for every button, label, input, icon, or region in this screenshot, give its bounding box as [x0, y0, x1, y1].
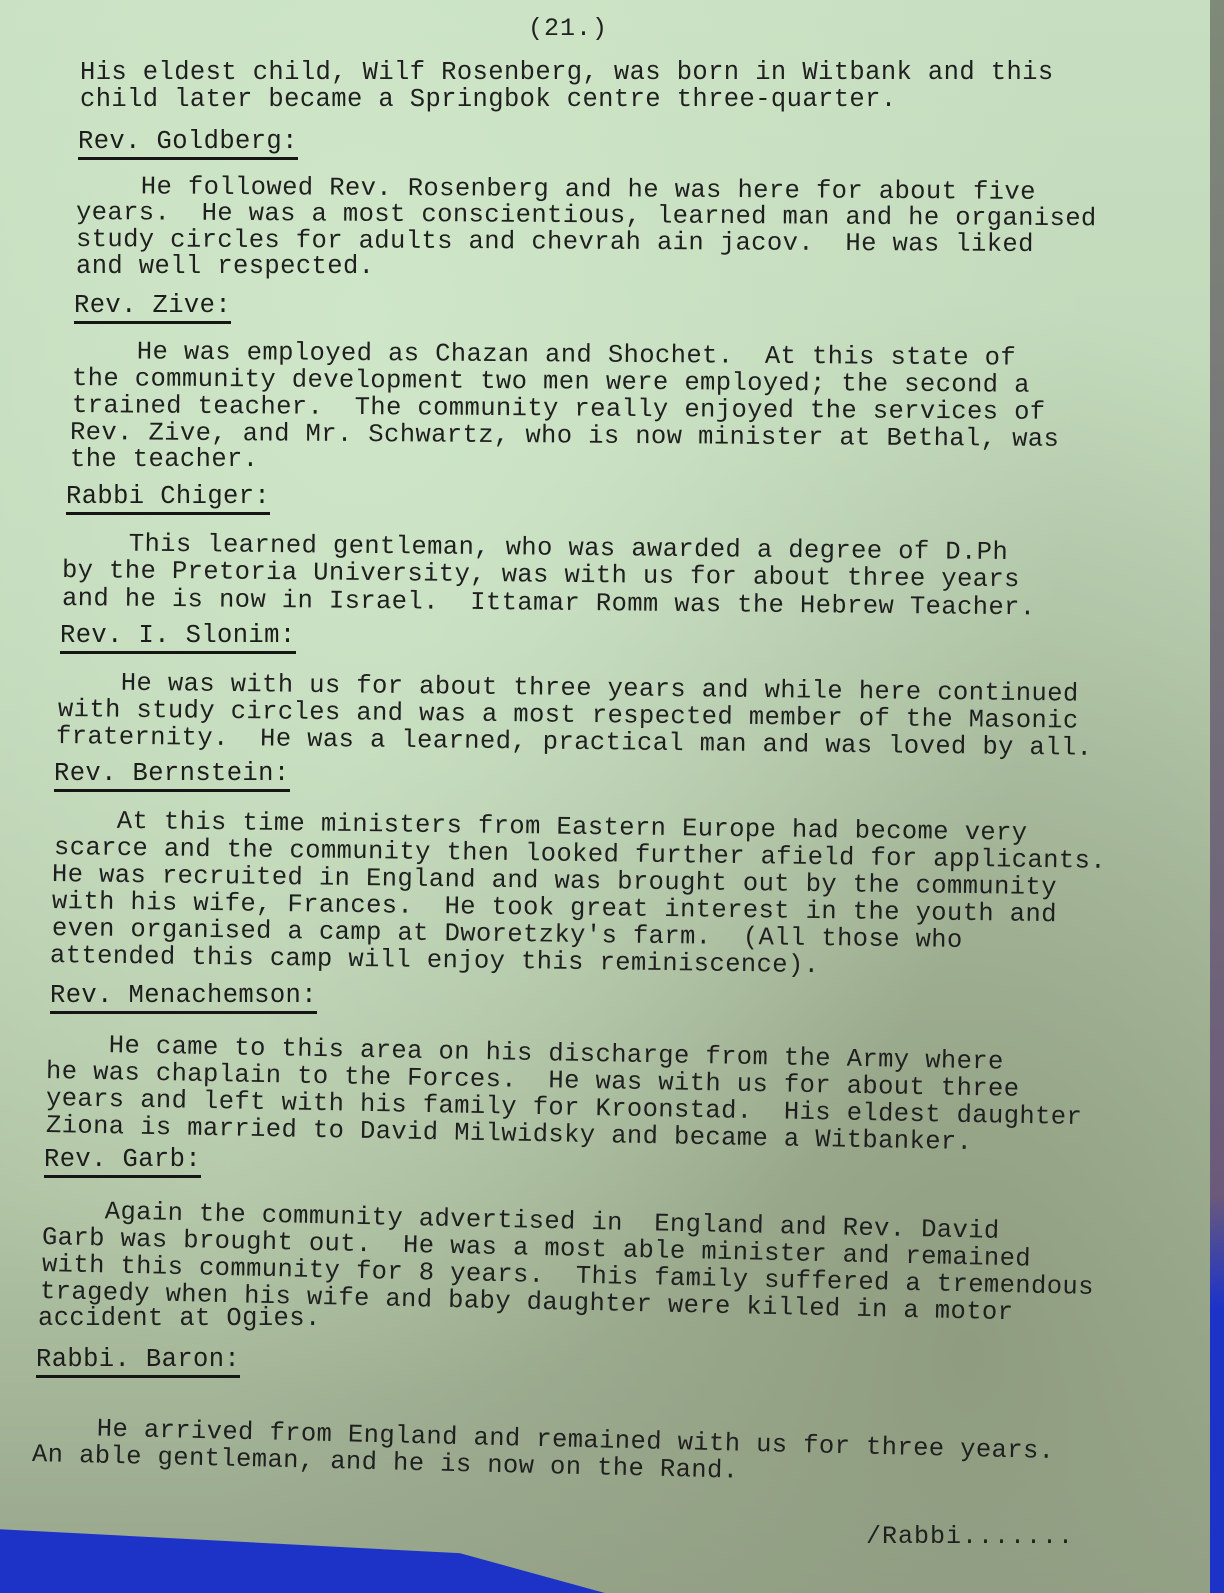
section-line: accident at Ogies.	[38, 1304, 321, 1333]
section-heading-goldberg: Rev. Goldberg:	[78, 128, 298, 160]
intro-line: His eldest child, Wilf Rosenberg, was bo…	[80, 58, 1125, 87]
section-heading-bernstein: Rev. Bernstein:	[54, 760, 290, 792]
section-heading-garb: Rev. Garb:	[44, 1146, 201, 1178]
section-heading-baron: Rabbi. Baron:	[36, 1346, 240, 1378]
intro-line: child later became a Springbok centre th…	[80, 85, 897, 114]
section-heading-slonim: Rev. I. Slonim:	[60, 622, 296, 654]
section-line: the teacher.	[70, 445, 258, 474]
section-heading-zive: Rev. Zive:	[74, 292, 231, 324]
page-number: (21.)	[528, 14, 608, 43]
section-heading-menachemson: Rev. Menachemson:	[50, 982, 317, 1014]
page-edge	[1210, 0, 1224, 1593]
section-line: and well respected.	[76, 252, 374, 281]
continuation-catchword: /Rabbi.......	[866, 1522, 1074, 1551]
section-heading-chiger: Rabbi Chiger:	[66, 483, 270, 515]
